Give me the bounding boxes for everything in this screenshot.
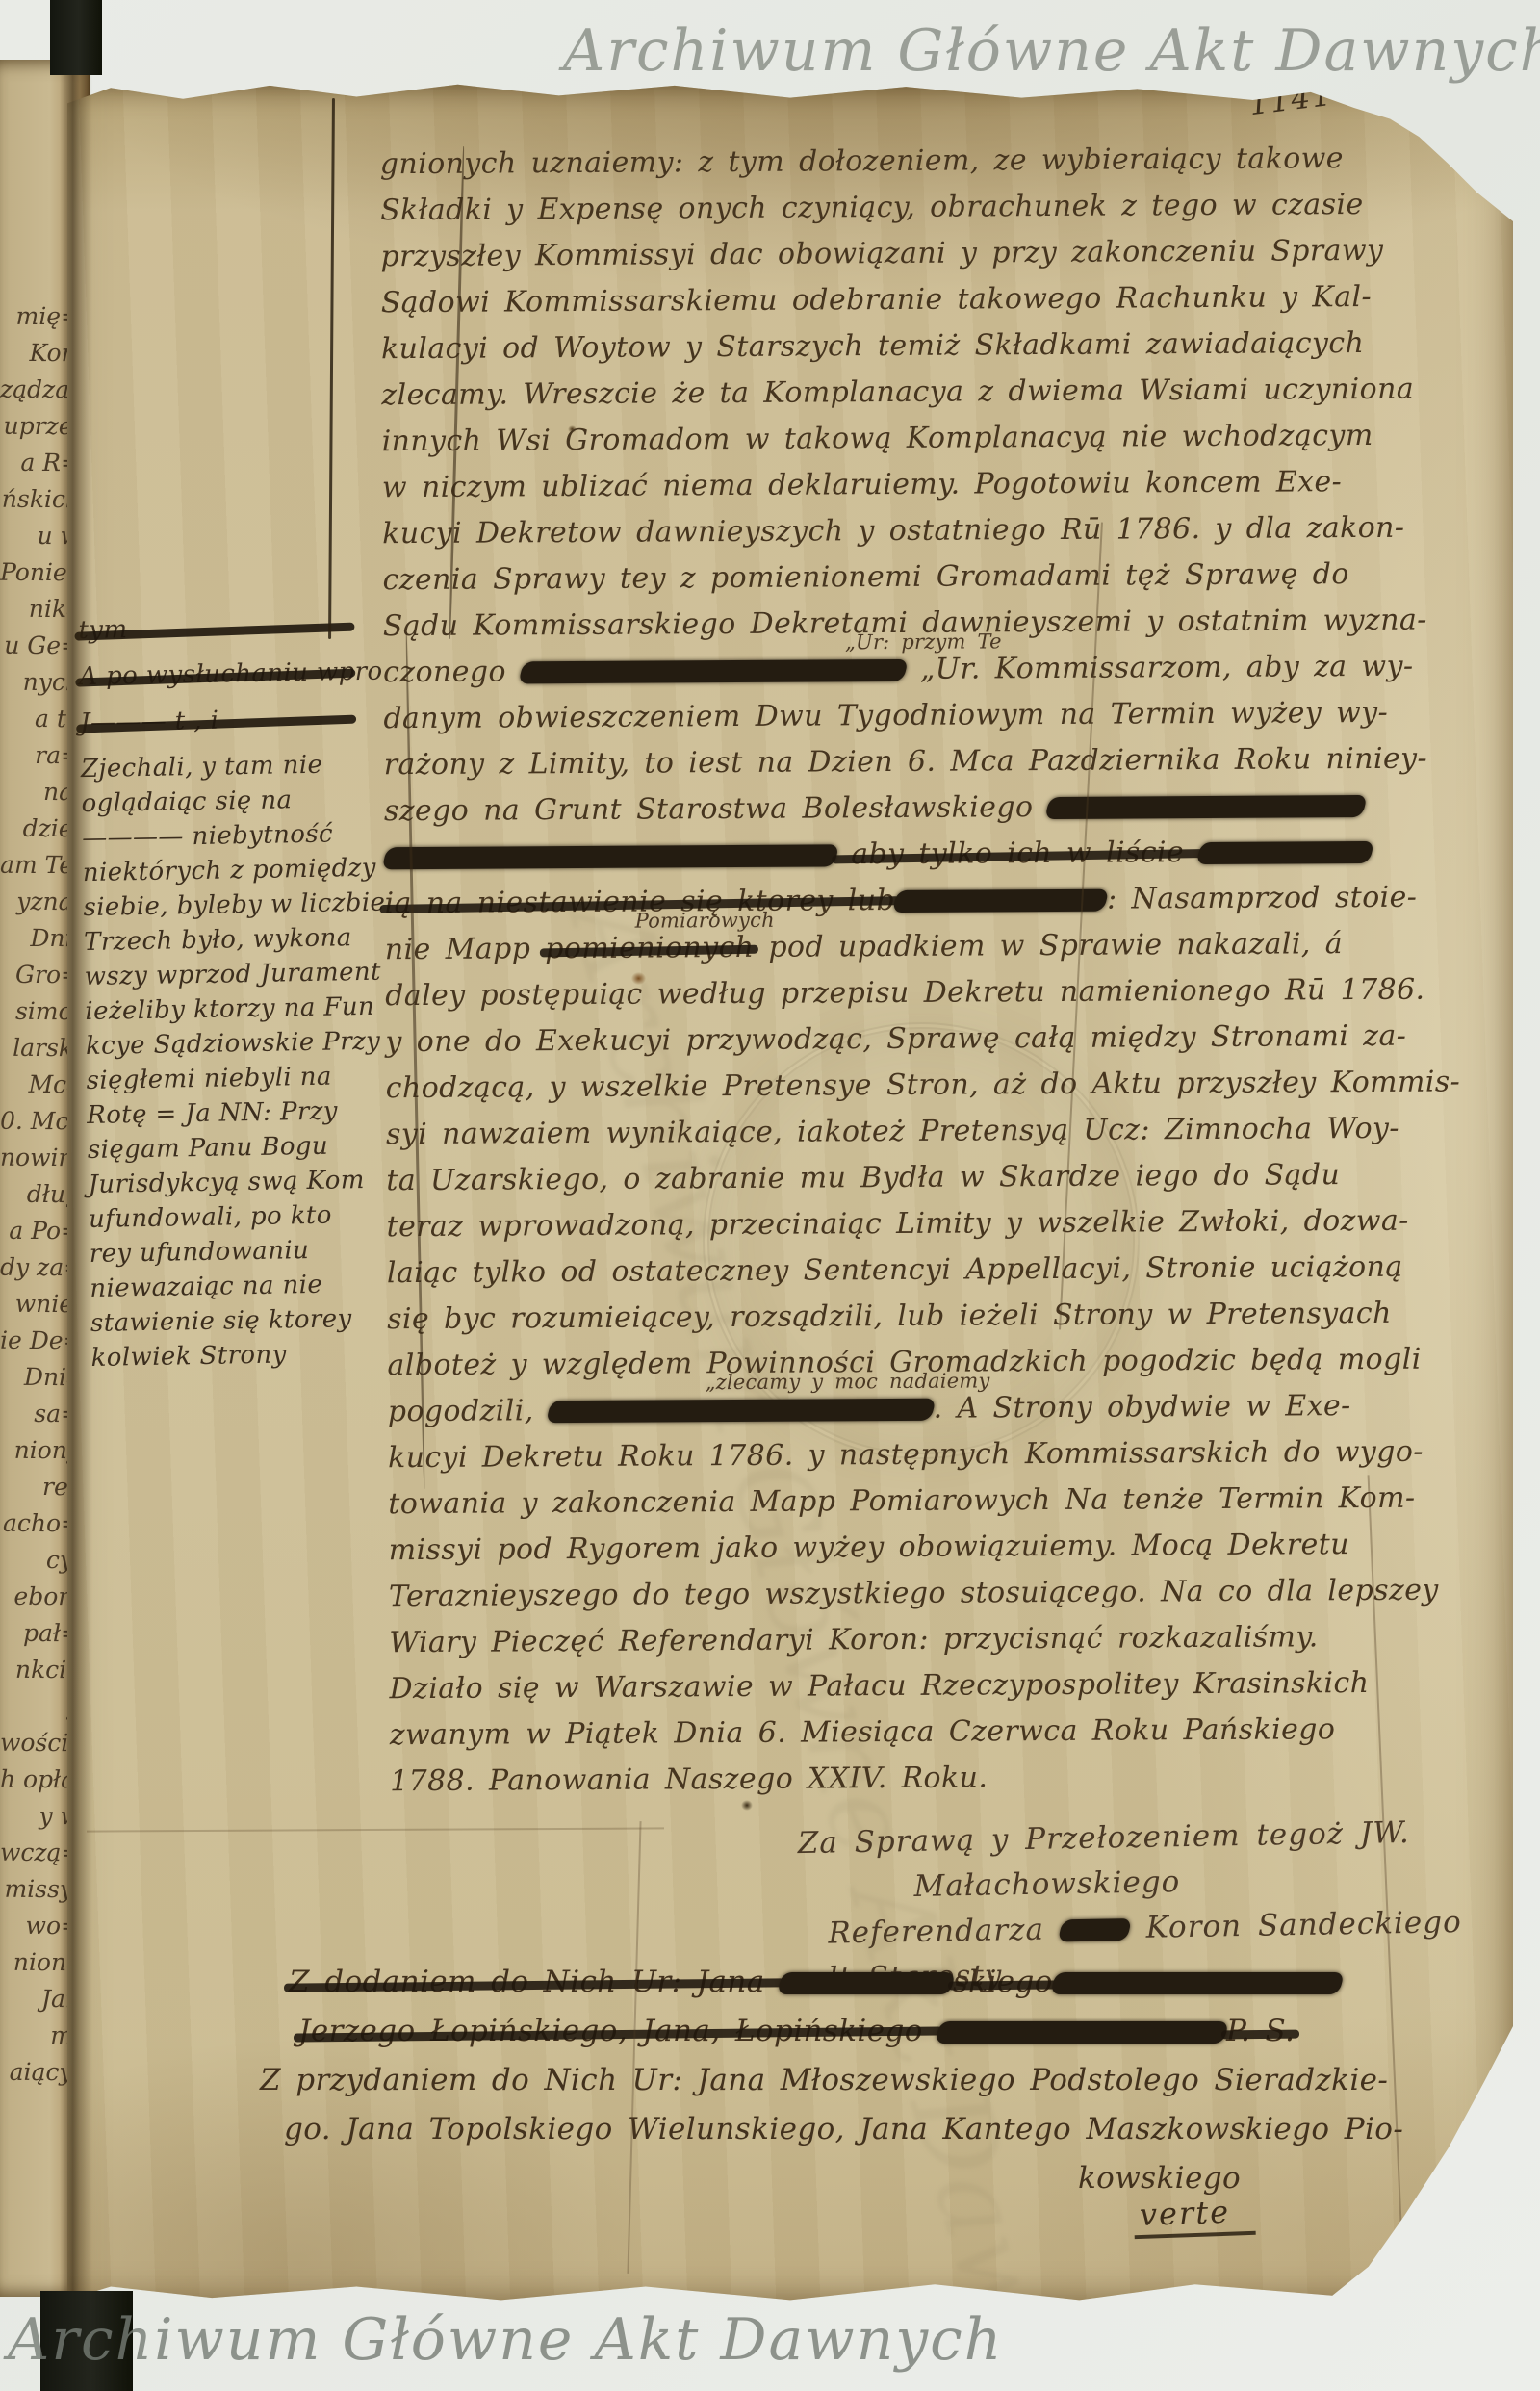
manuscript-line: rażony z Limity, to iest na Dzien 6. Mca…	[384, 736, 1404, 788]
margin-note: Rotę = Ja NN: Przy	[87, 1093, 424, 1133]
ink-redaction	[935, 2021, 1229, 2044]
manuscript-line: teraz wprowadzoną, przecinaiąc Limity y …	[386, 1198, 1406, 1250]
page-number: 1141	[1247, 78, 1335, 122]
manuscript-line: ta Uzarskiego, o zabranie mu Bydła w Ska…	[386, 1152, 1406, 1204]
manuscript-line: kucyi Dekretow dawnieyszych y ostatniego…	[382, 505, 1402, 557]
manuscript-text-segment: Małachowskiego	[913, 1864, 1180, 1904]
manuscript-line: „Ur: przym Teczonego „Ur. Kommissarzom, …	[383, 644, 1403, 696]
margin-note: Jurisdykcyą swą Kom	[88, 1162, 425, 1202]
binding-strip-top	[50, 0, 102, 75]
interline-insertion: Pomiarowych	[635, 911, 775, 931]
ink-redaction	[1058, 1918, 1132, 1941]
manuscript-text-segment: Z przydaniem do Nich Ur: Jana Młoszewski…	[260, 2063, 1388, 2097]
margin-note: niektórych z pomiędzy	[83, 850, 421, 890]
margin-note: tym	[78, 607, 416, 648]
margin-note: A po wysłuchaniu wpro	[79, 654, 417, 694]
manuscript-line: laiąc tylko od ostateczney Sentencyi App…	[387, 1245, 1407, 1297]
manuscript-text-segment: innych Wsi Gromadom w takową Komplanacyą…	[382, 419, 1373, 458]
margin-note: siebie, byleby w liczbie	[83, 885, 421, 925]
manuscript-text-segment: Za Sprawą y Przełozeniem tegoż JW.	[797, 1815, 1409, 1861]
ink-redaction	[1195, 841, 1374, 864]
manuscript-line: ią na niestawienie się ktorey lub: Nasam…	[384, 875, 1404, 927]
manuscript-line: Składki y Expensę onych czyniący, obrach…	[380, 182, 1400, 234]
manuscript-line: się byc rozumieiącey, rozsądzili, lub ie…	[387, 1291, 1407, 1343]
manuscript-line: y one do Exekucyi przywodząc, Sprawę cał…	[385, 1014, 1405, 1066]
manuscript-text-segment: laiąc tylko od ostateczney Sentencyi App…	[387, 1250, 1403, 1290]
manuscript-text-segment: Z dodaniem do Nich Ur: Jana	[289, 1965, 780, 1999]
manuscript-text-segment: pomienionych	[545, 931, 754, 965]
manuscript-text-segment: nie Mapp	[385, 932, 546, 966]
manuscript-text-segment: daley postępuiąc według przepisu Dekretu…	[385, 973, 1425, 1014]
margin-note: ———— niebytność	[82, 815, 420, 856]
interline-insertion: „zlecamy y moc nadaiemy	[706, 1371, 990, 1392]
manuscript-text-segment: „Ur. Kommissarzom, aby za wy-	[906, 650, 1414, 686]
manuscript-text-segment: przyszłey Kommissyi dac obowiązani y prz…	[380, 234, 1383, 273]
margin-rule-line	[328, 98, 335, 639]
manuscript-text-segment: szego na Grunt Starostwa Bolesławskiego	[384, 790, 1048, 828]
manuscript-text-segment: kulacyi od Woytow y Starszych temiż Skła…	[381, 326, 1364, 366]
manuscript-line: chodzącą, y wszelkie Pretensye Stron, aż…	[386, 1060, 1406, 1112]
manuscript-text-segment: y one do Exekucyi przywodząc, Sprawę cał…	[385, 1019, 1406, 1059]
manuscript-text-segment: 1788. Panowania Naszego XXIV. Roku.	[390, 1761, 988, 1798]
margin-note: sięgam Panu Bogu	[88, 1127, 425, 1168]
manuscript-line: danym obwieszczeniem Dwu Tygodniowym na …	[383, 690, 1403, 742]
manuscript-text-segment: go. Jana Topolskiego Wielunskiego, Jana …	[284, 2112, 1403, 2147]
manuscript-text-segment: pogodzili,	[388, 1394, 549, 1428]
manuscript-line: Działo się w Warszawie w Pałacu Rzeczypo…	[389, 1660, 1409, 1712]
manuscript-text-segment: P. S.	[1226, 2014, 1295, 2048]
manuscript-text-segment: danym obwieszczeniem Dwu Tygodniowym na …	[383, 696, 1388, 735]
main-text: gnionych uznaiemy: z tym dołozeniem, ze …	[380, 136, 1411, 1805]
manuscript-text-segment: syi nawzaiem wynikaiące, iakoteż Pretens…	[386, 1112, 1399, 1151]
manuscript-line: missyi pod Rygorem jako wyżey obowiązuie…	[389, 1522, 1409, 1574]
manuscript-text-segment: się byc rozumieiącey, rozsądzili, lub ie…	[387, 1297, 1392, 1336]
ink-redaction	[892, 889, 1110, 913]
archival-scan: mię=Kor:ządza=uprze:a R=ńskichu wPonie=n…	[0, 0, 1540, 2391]
ink-redaction	[1050, 1972, 1345, 1994]
manuscript-text-segment: . A Strony obydwie w Exe-	[933, 1389, 1350, 1426]
manuscript-line: innych Wsi Gromadom w takową Komplanacyą…	[381, 413, 1401, 465]
manuscript-line: zlecamy. Wreszcie że ta Komplanacya z dw…	[381, 367, 1401, 419]
manuscript-text-segment: ta Uzarskiego, o zabranie mu Bydła w Ska…	[386, 1158, 1340, 1197]
closing-line: go. Jana Topolskiego Wielunskiego, Jana …	[284, 2105, 1463, 2154]
ink-redaction	[546, 1399, 937, 1423]
ink-redaction	[381, 844, 839, 869]
closing-line: Z przydaniem do Nich Ur: Jana Młoszewski…	[260, 2056, 1463, 2105]
manuscript-text-segment: Teraznieyszego do tego wszystkiego stosu…	[389, 1574, 1439, 1614]
manuscript-text-segment: pod upadkiem w Sprawie nakazali, á	[754, 927, 1343, 964]
manuscript-line: aby tylko ich w liście	[384, 829, 1404, 881]
ink-redaction	[777, 1972, 956, 1994]
margin-note: rey ufundowaniu	[89, 1231, 426, 1272]
manuscript-line: Sądowi Kommissarskiemu odebranie takoweg…	[381, 274, 1401, 326]
closing-line: Z dodaniem do Nich Ur: Jana skiego	[289, 1958, 1463, 2007]
margin-note: ufundowali, po kto	[89, 1196, 426, 1237]
manuscript-line: Teraznieyszego do tego wszystkiego stosu…	[389, 1568, 1409, 1620]
manuscript-text-segment: kucyi Dekretow dawnieyszych y ostatniego…	[382, 511, 1404, 551]
margin-note: kcye Sądziowskie Przy	[86, 1023, 423, 1064]
margin-note: niewazaiąc na nie	[90, 1266, 427, 1306]
manuscript-line: daley postępuiąc według przepisu Dekretu…	[385, 967, 1405, 1019]
manuscript-text-segment: missyi pod Rygorem jako wyżey obowiązuie…	[389, 1528, 1349, 1567]
manuscript-text-segment: Składki y Expensę onych czyniący, obrach…	[380, 188, 1364, 227]
margin-note: Trzech było, wykona	[84, 919, 422, 960]
manuscript-line: zwanym w Piątek Dnia 6. Miesiąca Czerwca…	[390, 1707, 1410, 1759]
manuscript-line: towania y zakonczenia Mapp Pomiarowych N…	[388, 1476, 1408, 1528]
manuscript-text-segment: Sądowi Kommissarskiemu odebranie takoweg…	[381, 280, 1372, 320]
manuscript-line: gnionych uznaiemy: z tym dołozeniem, ze …	[380, 136, 1400, 188]
manuscript-text-segment: Wiary Pieczęć Referendaryi Koron: przyci…	[389, 1620, 1319, 1659]
manuscript-text-segment: teraz wprowadzoną, przecinaiąc Limity y …	[387, 1204, 1409, 1244]
manuscript-line: „zlecamy y moc nadaiemypogodzili, . A St…	[388, 1383, 1408, 1435]
ink-redaction	[1045, 795, 1369, 819]
manuscript-text-segment: zlecamy. Wreszcie że ta Komplanacya z dw…	[381, 373, 1414, 413]
manuscript-line: Wiary Pieczęć Referendaryi Koron: przyci…	[389, 1614, 1409, 1666]
manuscript-text-segment: zwanym w Piątek Dnia 6. Miesiąca Czerwca…	[390, 1712, 1336, 1752]
manuscript-text-segment: w niczym ublizać niema deklaruiemy. Pogo…	[382, 465, 1342, 504]
margin-note: oglądaiąc się na	[81, 781, 419, 821]
manuscript-text-segment: czonego	[383, 655, 521, 689]
manuscript-text-segment: czenia Sprawy tey z pomienionemi Gromada…	[382, 557, 1349, 597]
closing-block: Z dodaniem do Nich Ur: Jana skiegoJerzeg…	[231, 1958, 1463, 2203]
manuscript-line: 1788. Panowania Naszego XXIV. Roku.	[390, 1753, 1410, 1805]
manuscript-line: kulacyi od Woytow y Starszych temiż Skła…	[381, 321, 1401, 373]
manuscript-line: przyszłey Kommissyi dac obowiązani y prz…	[380, 228, 1400, 280]
margin-note: J——— t , i	[80, 700, 418, 740]
margin-note: stawienie się ktorey	[90, 1300, 428, 1341]
manuscript-text-segment: Działo się w Warszawie w Pałacu Rzeczypo…	[389, 1666, 1369, 1706]
margin-note: ieżeliby ktorzy na Fun	[85, 989, 423, 1029]
manuscript-text-segment: : Nasamprzod stoie-	[1107, 881, 1417, 916]
manuscript-text-segment: gnionych uznaiemy: z tym dołozeniem, ze …	[380, 141, 1344, 181]
manuscript-line: czenia Sprawy tey z pomienionemi Gromada…	[382, 552, 1402, 604]
manuscript-line: kucyi Dekretu Roku 1786. y następnych Ko…	[388, 1429, 1408, 1481]
manuscript-text-segment: kowskiego	[1078, 2161, 1241, 2196]
verte-note: verte	[1133, 2193, 1256, 2239]
archive-watermark-bottom: Archiwum Główne Akt Dawnych	[8, 2306, 1003, 2374]
manuscript-page: Archiwum Główne Akt Dawnych 1141 tymA po…	[67, 79, 1513, 2304]
manuscript-line: szego na Grunt Starostwa Bolesławskiego	[384, 783, 1404, 835]
interline-insertion: „Ur: przym Te	[845, 631, 1002, 652]
margin-note: wszy wprzod Jurament	[84, 954, 422, 994]
manuscript-text-segment: Jerzego Łopińskiego, Jana, Łopińskiego	[298, 2014, 937, 2048]
ink-redaction	[518, 659, 909, 683]
manuscript-text-segment: Koron Sandeckiego	[1130, 1905, 1463, 1945]
margin-note: kolwiek Strony	[90, 1335, 428, 1375]
margin-note: Zjechali, y tam nie	[81, 746, 419, 786]
manuscript-text-segment: aby tylko ich w liście	[836, 836, 1198, 871]
archive-watermark-top: Archiwum Główne Akt Dawnych	[563, 17, 1540, 85]
manuscript-line: Pomiarowychnie Mapp pomienionych pod upa…	[385, 921, 1405, 973]
manuscript-line: syi nawzaiem wynikaiące, iakoteż Pretens…	[386, 1106, 1406, 1158]
binding-strip-bottom	[40, 2291, 133, 2391]
manuscript-text-segment: towania y zakonczenia Mapp Pomiarowych N…	[388, 1481, 1415, 1522]
page-fold-shadow	[60, 64, 92, 2299]
closing-line: Jerzego Łopińskiego, Jana, Łopińskiego P…	[298, 2007, 1463, 2056]
margin-note: sięgłemi niebyli na	[86, 1058, 423, 1098]
manuscript-text-segment: rażony z Limity, to iest na Dzien 6. Mca…	[384, 742, 1427, 783]
margin-notes: tymA po wysłuchaniu wproJ——— t , iZjecha…	[78, 607, 428, 1375]
manuscript-text-segment: kucyi Dekretu Roku 1786. y następnych Ko…	[388, 1435, 1424, 1476]
manuscript-text-segment: skiego	[953, 1965, 1053, 1999]
manuscript-text-segment: chodzącą, y wszelkie Pretensye Stron, aż…	[386, 1065, 1461, 1105]
manuscript-text-segment: Referendarza	[828, 1912, 1061, 1950]
manuscript-line: w niczym ublizać niema deklaruiemy. Pogo…	[382, 459, 1402, 511]
